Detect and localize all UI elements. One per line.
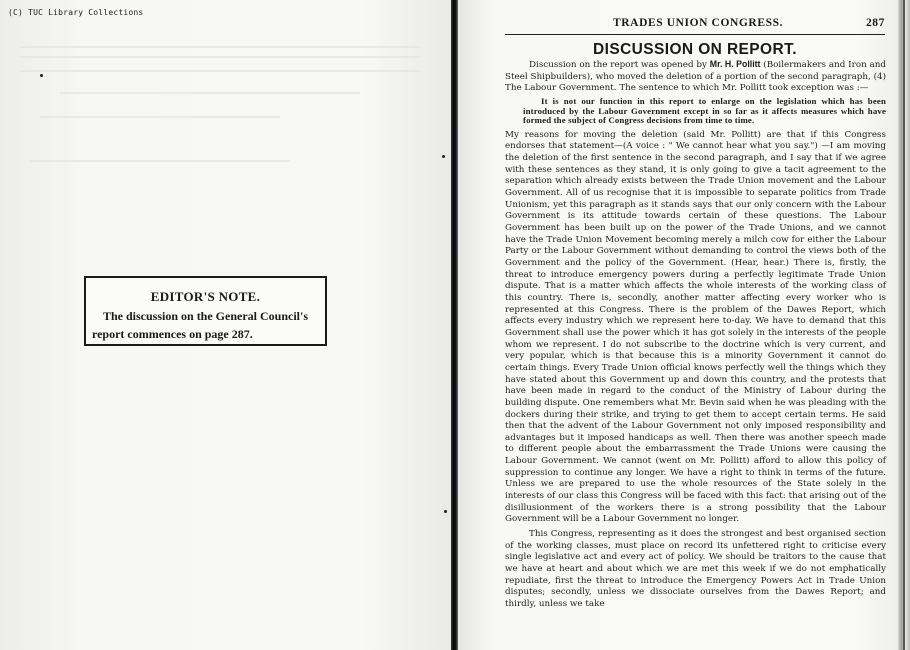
bleed-through-line: [60, 92, 360, 94]
page-edge-line: [903, 0, 905, 650]
section-heading: DISCUSSION ON REPORT.: [505, 41, 885, 59]
bleed-through-line: [20, 46, 420, 48]
editor-note-line-2: report commences on page 287.: [92, 325, 319, 343]
speck: [444, 510, 447, 513]
header-rule: [505, 34, 885, 35]
running-head: TRADES UNION CONGRESS. 287: [505, 14, 885, 30]
bleed-through-line: [20, 56, 420, 58]
editor-note-box: EDITOR'S NOTE. The discussion on the Gen…: [84, 276, 327, 346]
quoted-sentence: It is not our function in this report to…: [523, 97, 886, 126]
running-head-title: TRADES UNION CONGRESS.: [613, 17, 783, 29]
bleed-through-line: [40, 116, 280, 118]
intro-before: Discussion on the report was opened by: [529, 60, 710, 70]
paragraph-1: My reasons for moving the deletion (said…: [505, 130, 886, 526]
left-page: (C) TUC Library Collections EDITOR'S NOT…: [0, 0, 452, 650]
scanned-book-spread: (C) TUC Library Collections EDITOR'S NOT…: [0, 0, 910, 650]
copyright-watermark: (C) TUC Library Collections: [8, 8, 143, 17]
bleed-through-line: [20, 70, 420, 72]
article-body: Discussion on the report was opened by M…: [505, 59, 886, 611]
speck: [442, 155, 445, 158]
bleed-through-line: [30, 160, 290, 162]
editor-note-line-1: The discussion on the General Council's: [92, 307, 319, 325]
intro-paragraph: Discussion on the report was opened by M…: [505, 59, 886, 95]
speaker-name: Mr. H. Pollitt: [710, 59, 761, 69]
paragraph-2: This Congress, representing as it does t…: [505, 529, 886, 611]
page-number: 287: [866, 17, 885, 29]
speck: [40, 74, 43, 77]
editor-note-title: EDITOR'S NOTE.: [86, 289, 325, 305]
editor-note-body: The discussion on the General Council's …: [86, 307, 325, 343]
book-gutter: [451, 0, 458, 650]
